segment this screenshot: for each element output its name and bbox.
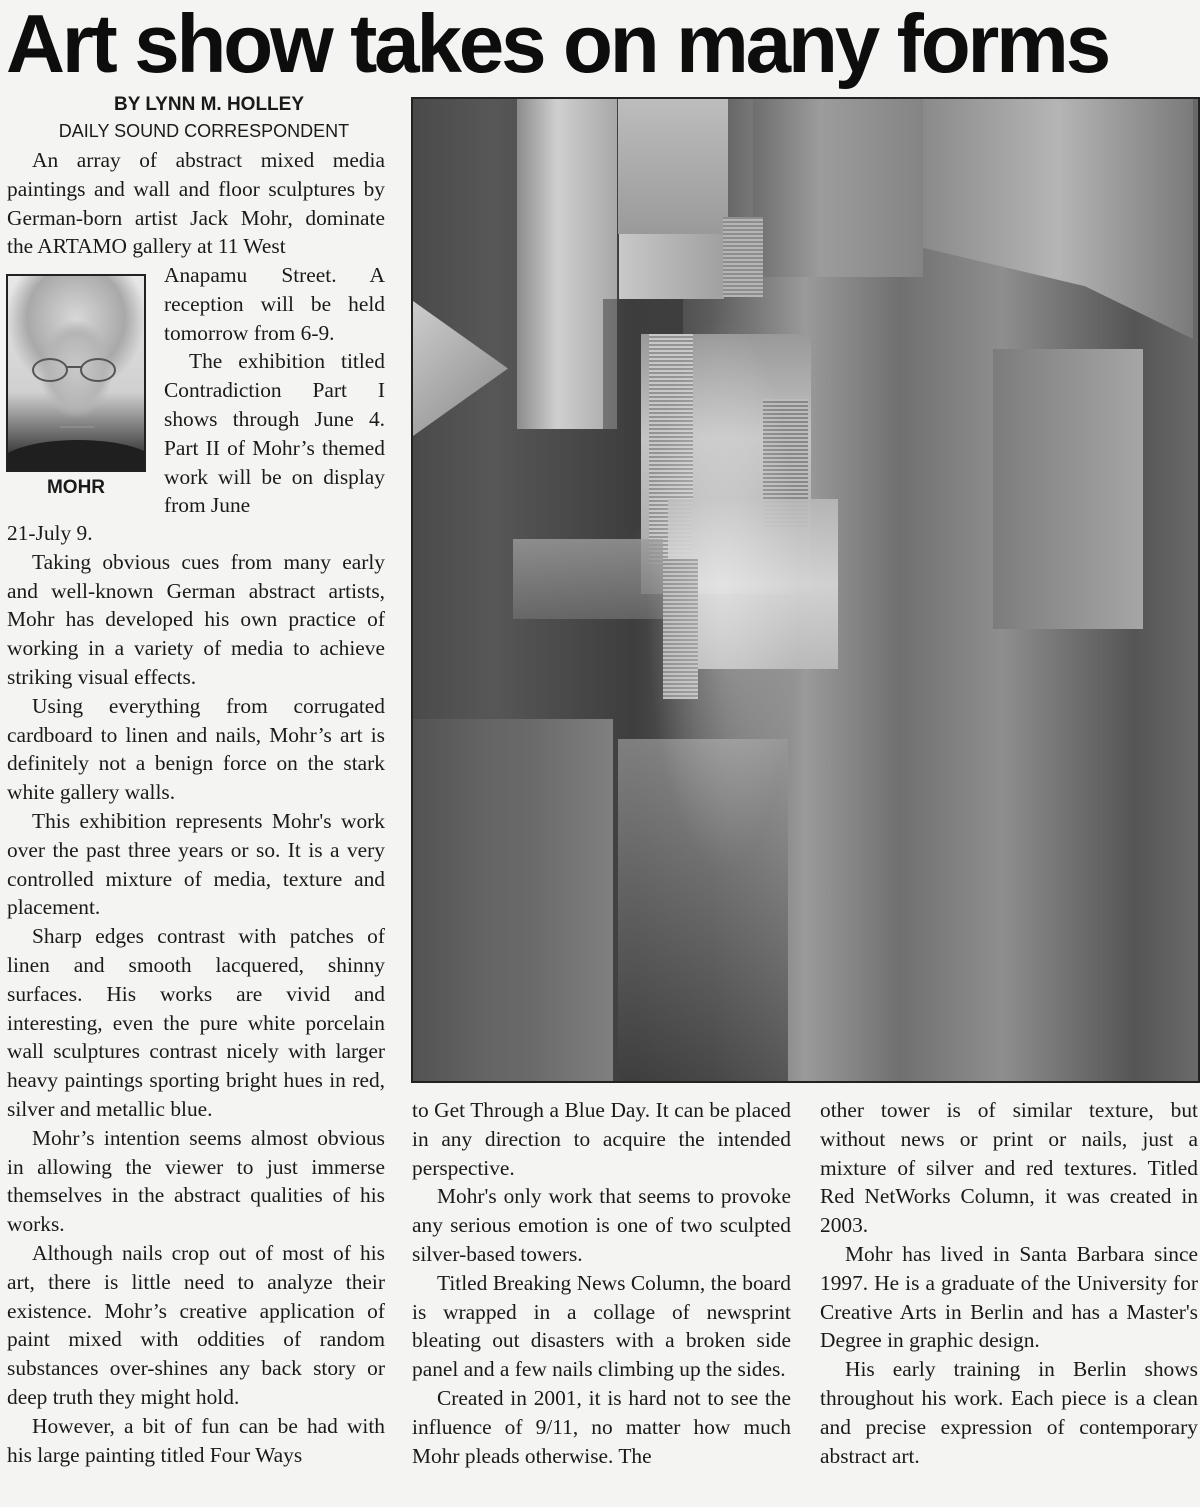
art-shape [923, 99, 1193, 339]
paragraph: This exhibition represents Mohr's work o… [7, 807, 385, 922]
headline: Art show takes on many forms [6, 0, 1182, 94]
paragraph: 21-July 9. [7, 519, 385, 548]
article-column-1-wrap: Anapamu Street. A reception will be held… [164, 261, 385, 520]
paragraph: Taking obvious cues from many early and … [7, 548, 385, 692]
photo-caption: MOHR [6, 476, 146, 500]
paragraph: Mohr has lived in Santa Barbara since 19… [820, 1240, 1198, 1355]
paragraph: His early training in Berlin shows throu… [820, 1355, 1198, 1470]
paragraph: Using everything from corrugated cardboa… [7, 692, 385, 807]
paragraph: Mohr’s intention seems almost obvious in… [7, 1124, 385, 1239]
author-subject-headshot-photo [6, 274, 146, 472]
paragraph: Anapamu Street. A reception will be held… [164, 261, 385, 347]
art-triangle-shape [413, 301, 508, 436]
art-shape [993, 349, 1143, 629]
paragraph: Although nails crop out of most of his a… [7, 1239, 385, 1412]
paragraph: other tower is of similar texture, but w… [820, 1096, 1198, 1240]
byline-author: BY LYNN M. HOLLEY [0, 93, 400, 117]
shoulders-shape [6, 440, 146, 472]
art-shape [413, 719, 613, 1083]
paragraph: An array of abstract mixed media paintin… [7, 146, 385, 261]
article-column-1-intro: An array of abstract mixed media paintin… [7, 146, 385, 261]
paragraph: Titled Breaking News Column, the board i… [412, 1269, 791, 1384]
article-column-3: other tower is of similar texture, but w… [820, 1096, 1198, 1470]
paragraph: However, a bit of fun can be had with hi… [7, 1412, 385, 1470]
article-column-1-body: 21-July 9. Taking obvious cues from many… [7, 519, 385, 1469]
glasses-shape [80, 358, 116, 382]
art-shape [517, 99, 617, 429]
paragraph: Sharp edges contrast with patches of lin… [7, 922, 385, 1124]
art-highlight [613, 99, 833, 1083]
byline-role: DAILY SOUND CORRESPONDENT [0, 119, 400, 143]
glasses-shape [32, 358, 68, 382]
paragraph: Created in 2001, it is hard not to see t… [412, 1384, 791, 1470]
paragraph: to Get Through a Blue Day. It can be pla… [412, 1096, 791, 1182]
article-column-2: to Get Through a Blue Day. It can be pla… [412, 1096, 791, 1470]
glasses-bridge [67, 366, 81, 368]
paragraph: Mohr's only work that seems to provoke a… [412, 1182, 791, 1268]
artwork-photo [411, 97, 1200, 1083]
paragraph: The exhibition titled Contradiction Part… [164, 347, 385, 520]
mouth-shape [60, 426, 94, 428]
